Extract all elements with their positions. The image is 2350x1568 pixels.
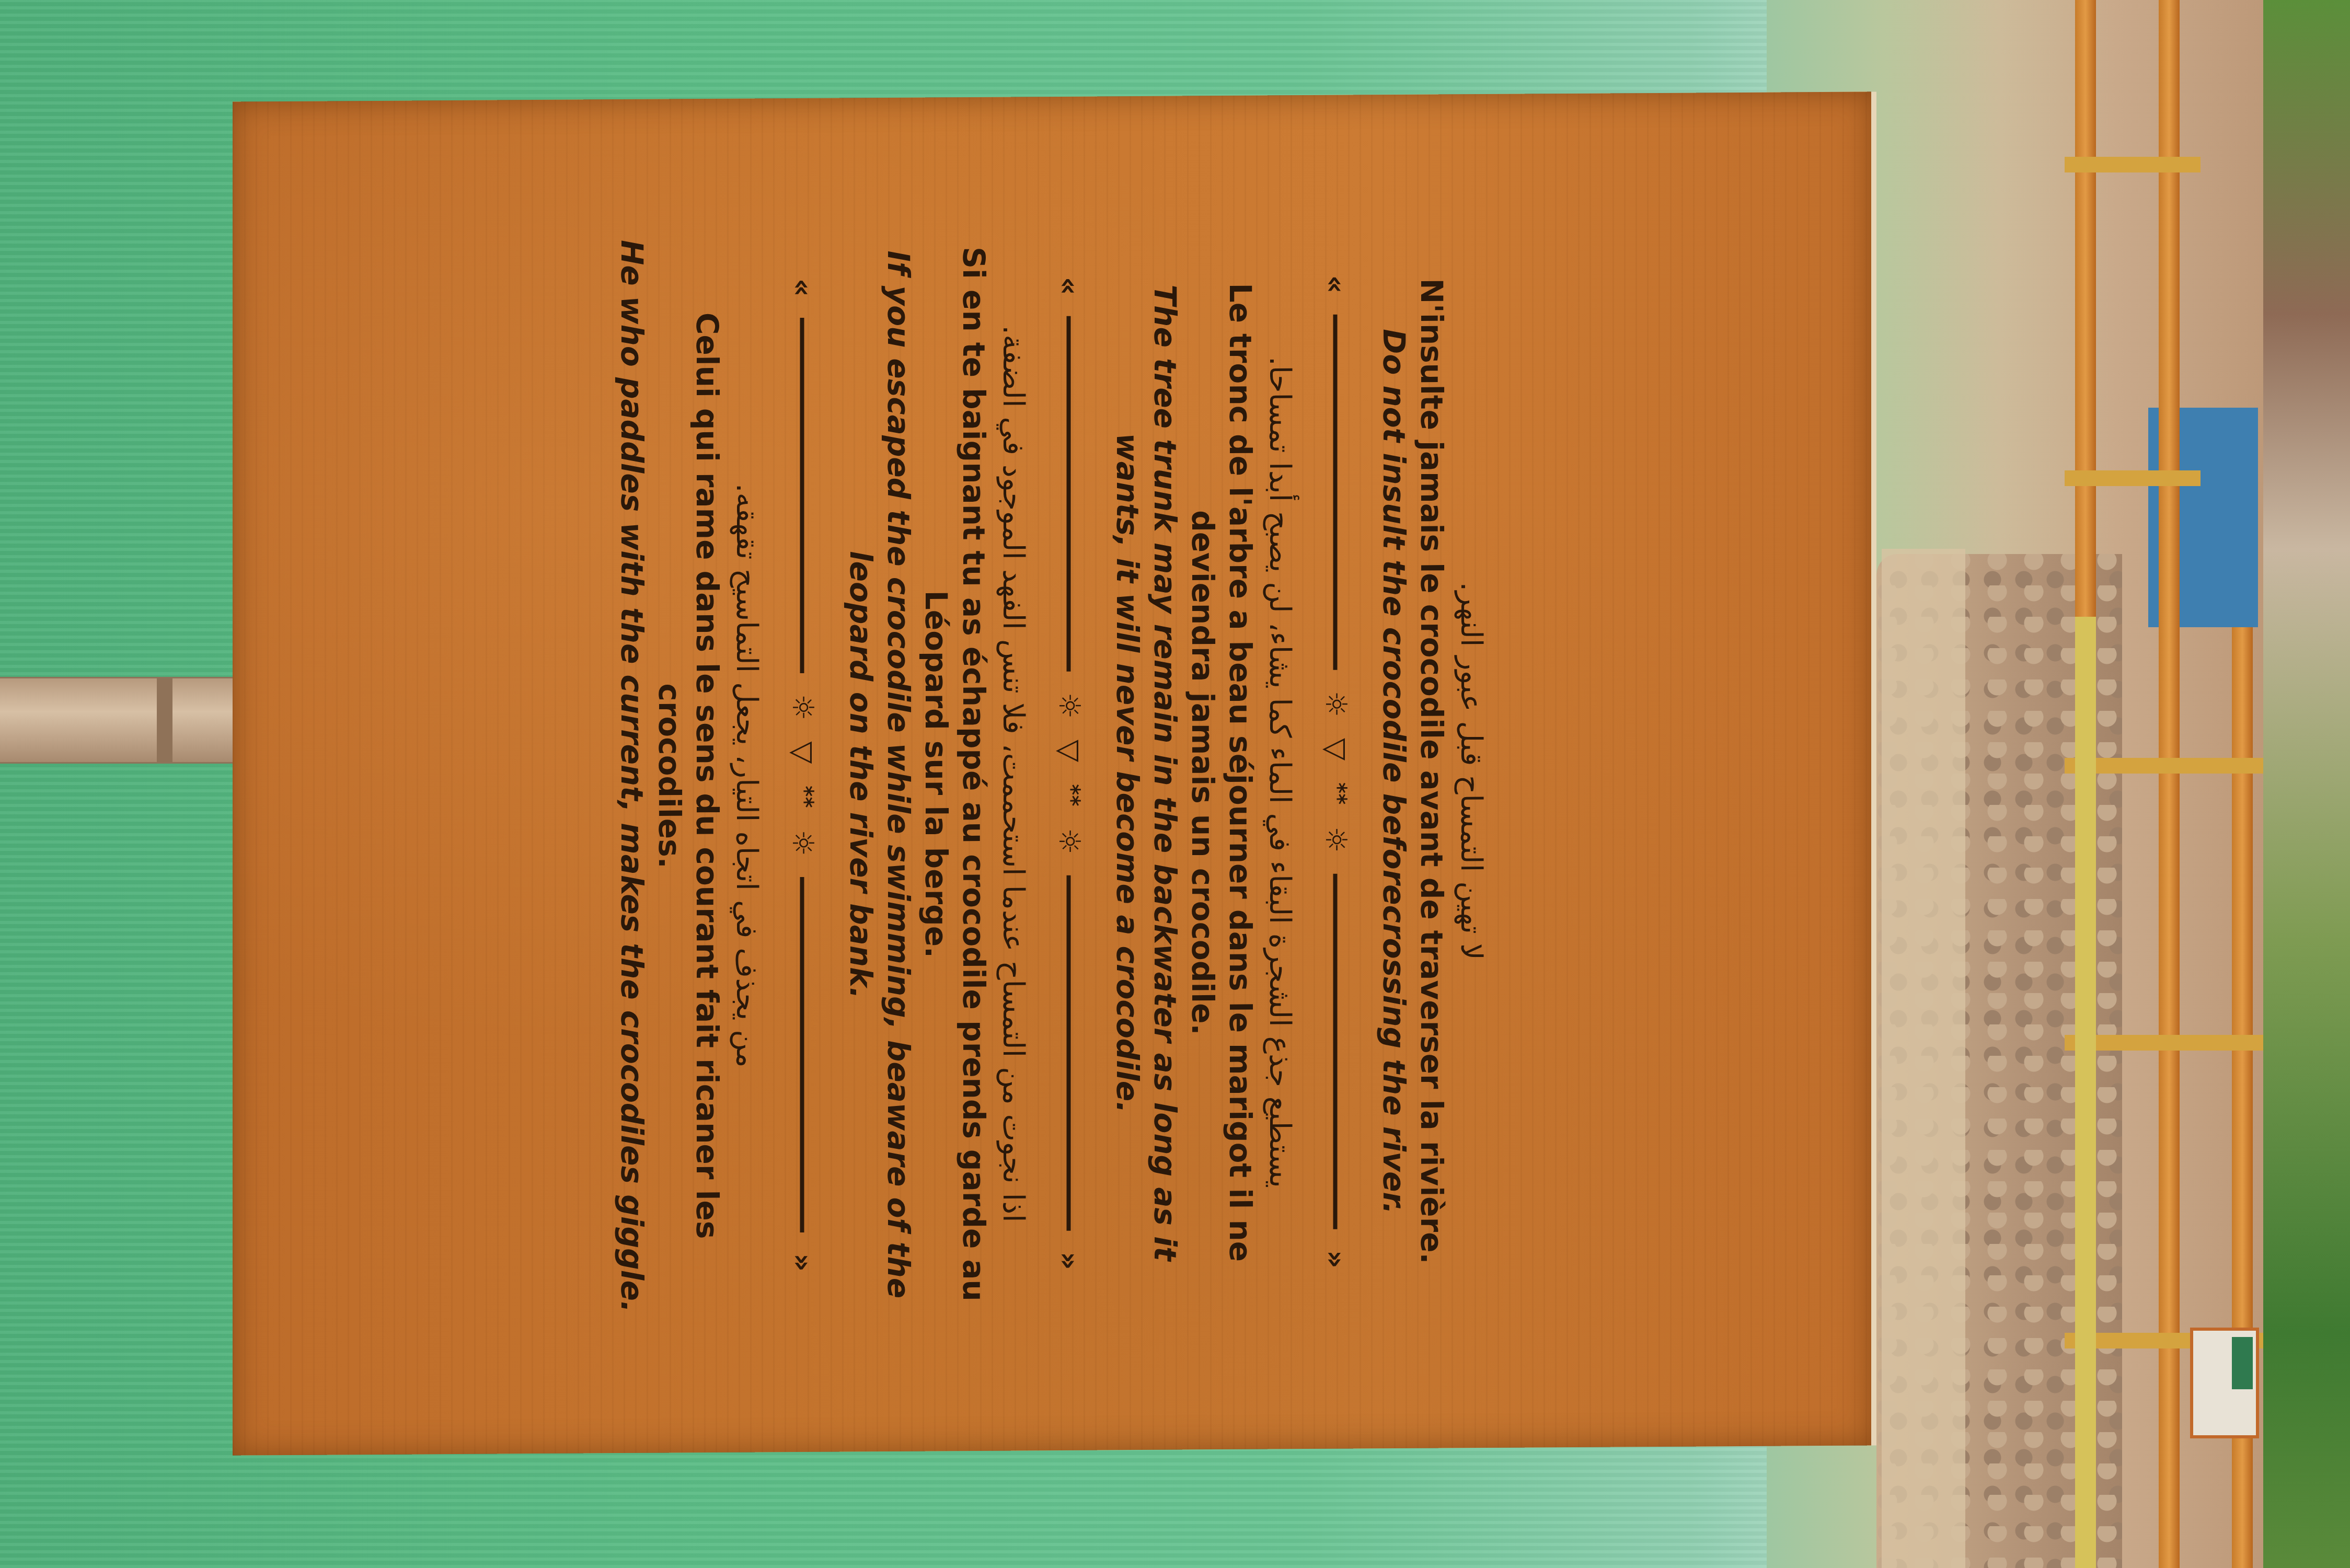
double-arrow-right-icon: » <box>1321 1250 1350 1269</box>
proverb-arabic: من يجذف في اتجاه التيار، يجعل التماسيح ت… <box>726 483 767 1068</box>
proverb-arabic: اذا نجوت من التمساح عندما استحممت، فلا ت… <box>993 325 1033 1223</box>
divider-line <box>800 318 804 673</box>
proverb-french: N'insulte jamais le crocodile avant de t… <box>1413 278 1450 1264</box>
proverb-english: Do not insult the crocodile beforecrossi… <box>1375 329 1413 1214</box>
divider-line <box>800 877 804 1232</box>
double-arrow-left-icon: « <box>1055 277 1083 295</box>
wooden-sign: لا تهين التمساح قبل عبور النهر. N'insult… <box>233 91 1876 1455</box>
yellow-frame <box>2075 617 2096 1568</box>
divider-line <box>1067 875 1071 1231</box>
divider-line <box>1333 315 1338 670</box>
sun-icon: ☼ <box>788 829 817 856</box>
proverb-4: من يجذف في اتجاه التيار، يجعل التماسيح ت… <box>613 232 767 1320</box>
proverb-arabic: يستطيع جذع الشجرة البقاء في الماء كما يش… <box>1259 356 1300 1188</box>
divider: « ☼ ▽ ᕯ ☼ » <box>1321 275 1350 1269</box>
proverb-3: اذا نجوت من التمساح عندما استحممت، فلا ت… <box>842 230 1033 1318</box>
sun-icon: ☼ <box>788 694 817 721</box>
proverb-english: The tree trunk may remain in the backwat… <box>1109 229 1184 1317</box>
proverb-english: If you escaped the crocodile while swimm… <box>842 231 917 1319</box>
sun-icon: ☼ <box>1054 828 1084 855</box>
double-arrow-right-icon: » <box>788 1253 816 1272</box>
divider: « ☼ ▽ ᕯ ☼ » <box>1054 277 1084 1270</box>
background-info-sign <box>2190 1328 2259 1438</box>
crocodile-glyph-icon: ᕯ <box>1054 783 1084 808</box>
crocodile-glyph-icon: ᕯ <box>1321 781 1350 806</box>
vegetation <box>2263 0 2350 1568</box>
sign-content: لا تهين التمساح قبل عبور النهر. N'insult… <box>233 91 1871 1455</box>
divider: « ☼ ▽ ᕯ ☼ » <box>788 279 817 1272</box>
crocodile-glyph-icon: ᕯ <box>788 785 817 809</box>
sun-icon: ☼ <box>1054 693 1084 719</box>
double-arrow-right-icon: » <box>1055 1252 1083 1270</box>
triangle-icon: ▽ <box>1054 740 1084 762</box>
divider-line <box>1067 316 1071 672</box>
sun-icon: ☼ <box>1321 691 1350 718</box>
proverb-french: Celui qui rame dans le sens du courant f… <box>651 232 726 1320</box>
proverb-1: لا تهين التمساح قبل عبور النهر. N'insult… <box>1375 278 1491 1264</box>
proverb-arabic: لا تهين التمساح قبل عبور النهر. <box>1450 582 1491 960</box>
proverb-2: يستطيع جذع الشجرة البقاء في الماء كما يش… <box>1109 228 1300 1317</box>
wall-cap <box>1882 549 1965 1568</box>
triangle-icon: ▽ <box>788 741 817 764</box>
proverb-english: He who paddles with the current, makes t… <box>613 240 651 1312</box>
proverb-french: Si en te baignant tu as échappé au croco… <box>917 230 993 1318</box>
sun-icon: ☼ <box>1321 826 1350 853</box>
double-arrow-left-icon: « <box>1321 275 1350 294</box>
divider-line <box>1333 874 1338 1229</box>
triangle-icon: ▽ <box>1321 738 1350 760</box>
proverb-french: Le tronc de l'arbre a beau séjourner dan… <box>1184 229 1259 1317</box>
double-arrow-left-icon: « <box>788 279 816 297</box>
